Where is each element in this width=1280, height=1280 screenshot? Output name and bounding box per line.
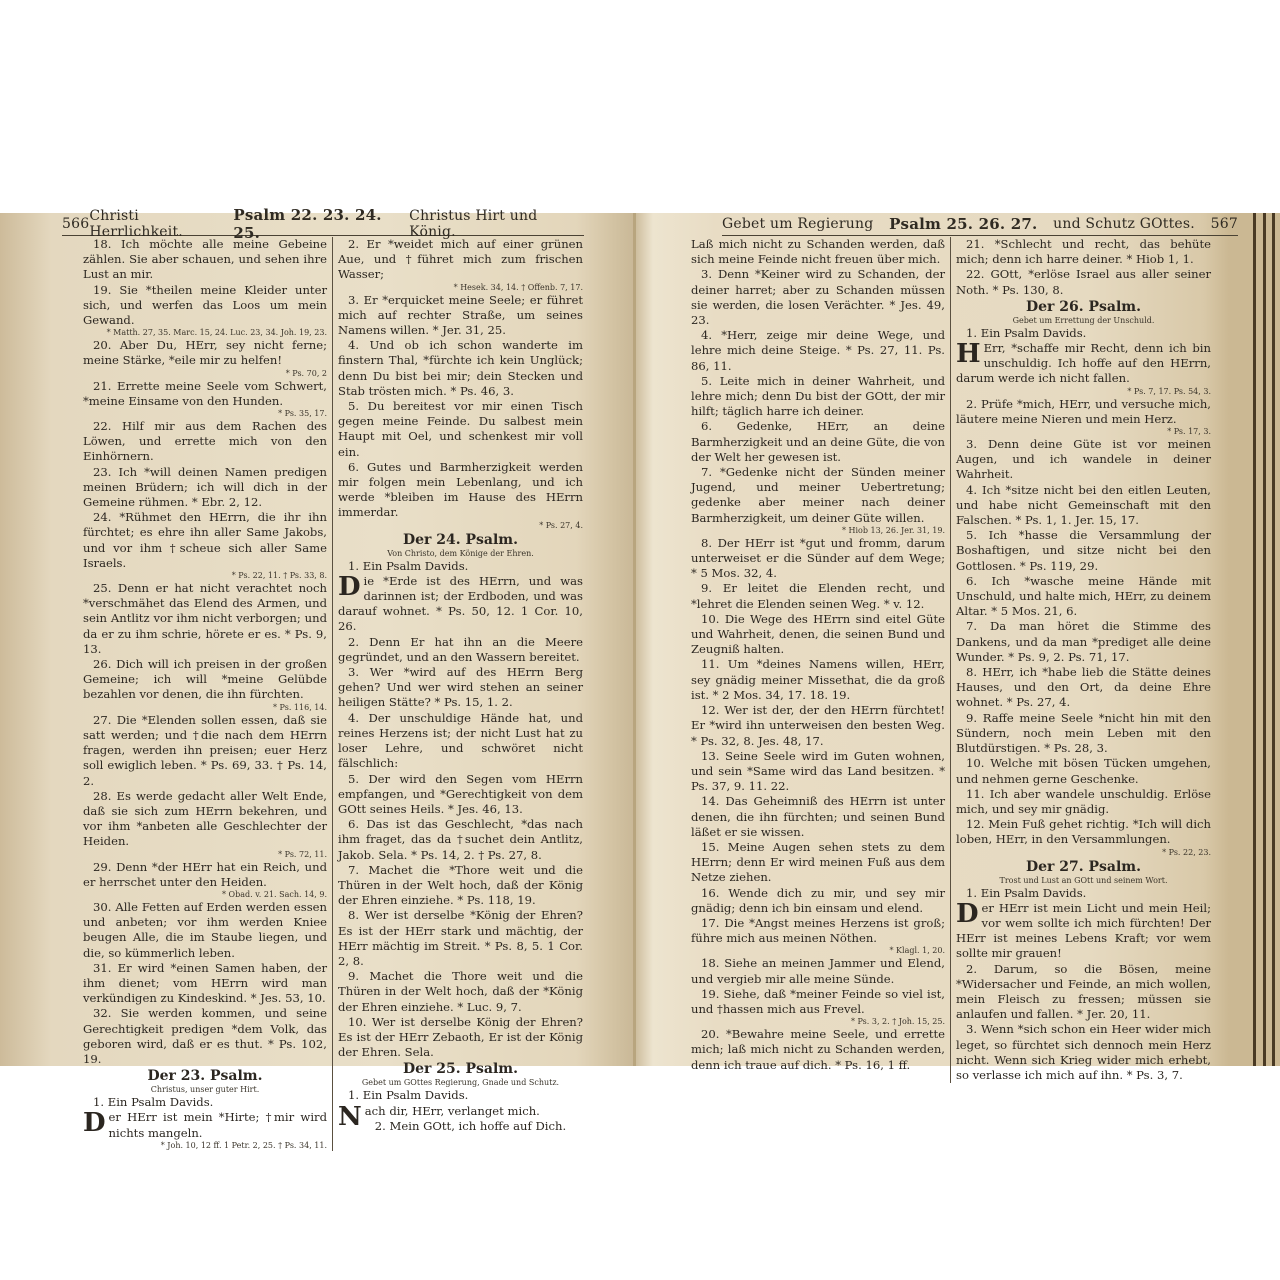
cross-reference: * Ps. 27, 4. [338, 521, 583, 531]
cross-reference: * Ps. 70, 2 [83, 369, 327, 379]
left-column-1: 18. Ich möchte alle meine Gebeine zählen… [78, 237, 333, 1151]
verse: 9. Machet die Thore weit und die Thüren … [338, 969, 583, 1015]
verse-text: ach dir, HErr, verlanget mich. [365, 1104, 540, 1118]
verse: 7. Machet die *Thore weit und die Thüren… [338, 863, 583, 909]
verse: 14. Das Geheimniß des HErrn ist unter de… [691, 794, 945, 840]
verse: 12. Mein Fuß gehet richtig. *Ich will di… [956, 817, 1211, 847]
verse-with-initial: Der HErr ist mein *Hirte; †mir wird nich… [83, 1110, 327, 1140]
left-column-2: 2. Er *weidet mich auf einer grünen Aue,… [333, 237, 588, 1151]
drop-cap: D [956, 902, 979, 926]
psalm-title: Der 23. Psalm. [83, 1068, 327, 1085]
verse: 24. *Rühmet den HErrn, die ihr ihn fürch… [83, 510, 327, 571]
verse: 1. Ein Psalm Davids. [338, 1088, 583, 1103]
right-column-1: Laß mich nicht zu Schanden werden, daß s… [686, 237, 951, 1083]
verse: 2. Denn Er hat ihn an die Meere gegründe… [338, 635, 583, 665]
cross-reference: * Ps. 22, 11. † Ps. 33, 8. [83, 571, 327, 581]
header-right-text: Christus Hirt und König. [409, 208, 584, 240]
verse: 27. Die *Elenden sollen essen, daß sie s… [83, 713, 327, 789]
verse: 25. Denn er hat nicht verachtet noch *ve… [83, 581, 327, 657]
psalm-title: Der 26. Psalm. [956, 299, 1211, 316]
book-spine [633, 213, 636, 1066]
verse: 11. Ich aber wandele unschuldig. Erlöse … [956, 787, 1211, 817]
header-left-text: Gebet um Regierung [722, 216, 873, 232]
verse: 21. *Schlecht und recht, das behüte mich… [956, 237, 1211, 267]
verse: 6. Gedenke, HErr, an deine Barmherzigkei… [691, 419, 945, 465]
verse: 5. Ich *hasse die Versammlung der Boshaf… [956, 528, 1211, 574]
verse: 5. Der wird den Segen vom HErrn empfange… [338, 772, 583, 818]
cross-reference: * Klagl. 1, 20. [691, 946, 945, 956]
psalm-title: Der 27. Psalm. [956, 859, 1211, 876]
verse-with-initial: Der HErr ist mein Licht und mein Heil; v… [956, 901, 1211, 962]
verse: 4. Und ob ich schon wanderte im finstern… [338, 338, 583, 399]
cross-reference: * Ps. 17, 3. [956, 427, 1211, 437]
verse: 32. Sie werden kommen, und seine Gerecht… [83, 1006, 327, 1067]
verse: 1. Ein Psalm Davids. [956, 886, 1211, 901]
open-book: 566 Christi Herrlichkeit. Psalm 22. 23. … [0, 213, 1280, 1066]
verse: 3. Er *erquicket meine Seele; er führet … [338, 293, 583, 339]
verse: 16. Wende dich zu mir, und sey mir gnädi… [691, 886, 945, 916]
drop-cap: D [83, 1111, 106, 1135]
verse: 2. Prüfe *mich, HErr, und versuche mich,… [956, 397, 1211, 427]
verse: 19. Siehe, daß *meiner Feinde so viel is… [691, 987, 945, 1017]
verse-text: Err, *schaffe mir Recht, denn ich bin un… [956, 341, 1211, 385]
verse-text: er HErr ist mein Licht und mein Heil; vo… [956, 901, 1211, 961]
verse: 20. Aber Du, HErr, sey nicht ferne; mein… [83, 338, 327, 368]
verse-with-initial: Die *Erde ist des HErrn, und was darinne… [338, 574, 583, 635]
verse: 22. GOtt, *erlöse Israel aus aller seine… [956, 267, 1211, 297]
header-right-text: und Schutz GOttes. [1053, 216, 1195, 232]
verse: 20. *Bewahre meine Seele, und errette mi… [691, 1027, 945, 1073]
psalm-subtitle: Von Christo, dem Könige der Ehren. [338, 549, 583, 559]
verse: 4. *Herr, zeige mir deine Wege, und lehr… [691, 328, 945, 374]
cross-reference: * Ps. 116, 14. [83, 703, 327, 713]
verse: 9. Er leitet die Elenden recht, und *leh… [691, 581, 945, 611]
verse-text: er HErr ist mein *Hirte; †mir wird nicht… [109, 1110, 327, 1139]
psalm-title: Der 25. Psalm. [338, 1061, 583, 1078]
verse: 23. Ich *will deinen Namen predigen mein… [83, 465, 327, 511]
left-page-columns: 18. Ich möchte alle meine Gebeine zählen… [78, 237, 588, 1151]
cross-reference: * Hiob 13, 26. Jer. 31, 19. [691, 526, 945, 536]
cross-reference: * Matth. 27, 35. Marc. 15, 24. Luc. 23, … [83, 328, 327, 338]
verse: 4. Der unschuldige Hände hat, und reines… [338, 711, 583, 772]
verse: 1. Ein Psalm Davids. [83, 1095, 327, 1110]
right-page-header: Gebet um Regierung Psalm 25. 26. 27. und… [722, 215, 1238, 236]
verse: 8. Der HErr ist *gut und fromm, darum un… [691, 536, 945, 582]
cross-reference: * Ps. 3, 2. † Joh. 15, 25. [691, 1017, 945, 1027]
verse: Laß mich nicht zu Schanden werden, daß s… [691, 237, 945, 267]
verse: 30. Alle Fetten auf Erden werden essen u… [83, 900, 327, 961]
verse: 6. Gutes und Barmherzigkeit werden mir f… [338, 460, 583, 521]
header-center-text: Psalm 25. 26. 27. [889, 215, 1037, 233]
verse: 10. Welche mit bösen Tücken umgehen, und… [956, 756, 1211, 786]
psalm-subtitle: Christus, unser guter Hirt. [83, 1085, 327, 1095]
verse: 11. Um *deines Namens willen, HErr, sey … [691, 657, 945, 703]
drop-cap: N [338, 1105, 362, 1129]
cross-reference: * Obad. v. 21. Sach. 14, 9. [83, 890, 327, 900]
drop-cap: D [338, 575, 361, 599]
verse: 7. Da man höret die Stimme des Dankens, … [956, 619, 1211, 665]
verse: 13. Seine Seele wird im Guten wohnen, un… [691, 749, 945, 795]
psalm-title: Der 24. Psalm. [338, 532, 583, 549]
left-page-header: 566 Christi Herrlichkeit. Psalm 22. 23. … [62, 215, 584, 236]
verse: 9. Raffe meine Seele *nicht hin mit den … [956, 711, 1211, 757]
cross-reference: * Ps. 22, 23. [956, 848, 1211, 858]
cross-reference: * Joh. 10, 12 ff. 1 Petr. 2, 25. † Ps. 3… [83, 1141, 327, 1151]
verse: 17. Die *Angst meines Herzens ist groß; … [691, 916, 945, 946]
header-left-text: Christi Herrlichkeit. [89, 208, 233, 240]
verse-with-initial: HErr, *schaffe mir Recht, denn ich bin u… [956, 341, 1211, 387]
cross-reference: * Ps. 7, 17. Ps. 54, 3. [956, 387, 1211, 397]
cross-reference: * Ps. 35, 17. [83, 409, 327, 419]
verse: 26. Dich will ich preisen in der großen … [83, 657, 327, 703]
verse: 5. Du bereitest vor mir einen Tisch gege… [338, 399, 583, 460]
verse: 31. Er wird *einen Samen haben, der ihm … [83, 961, 327, 1007]
verse: 10. Wer ist derselbe König der Ehren? Es… [338, 1015, 583, 1061]
verse: 3. Denn deine Güte ist vor meinen Augen,… [956, 437, 1211, 483]
psalm-subtitle: Trost und Lust an GOtt und seinem Wort. [956, 876, 1211, 886]
verse: 18. Ich möchte alle meine Gebeine zählen… [83, 237, 327, 283]
cross-reference: * Hesek. 34, 14. † Offenb. 7, 17. [338, 283, 583, 293]
verse: 22. Hilf mir aus dem Rachen des Löwen, u… [83, 419, 327, 465]
right-column-2: 21. *Schlecht und recht, das behüte mich… [951, 237, 1216, 1083]
verse: 10. Die Wege des HErrn sind eitel Güte u… [691, 612, 945, 658]
verse: 1. Ein Psalm Davids. [956, 326, 1211, 341]
verse: 1. Ein Psalm Davids. [338, 559, 583, 574]
verse: 15. Meine Augen sehen stets zu dem HErrn… [691, 840, 945, 886]
verse: 12. Wer ist der, der den HErrn fürchtet!… [691, 703, 945, 749]
verse: 2. Mein GOtt, ich hoffe auf Dich. [338, 1119, 583, 1134]
verse: 2. Er *weidet mich auf einer grünen Aue,… [338, 237, 583, 283]
verse: 3. Denn *Keiner wird zu Schanden, der de… [691, 267, 945, 328]
verse: 28. Es werde gedacht aller Welt Ende, da… [83, 789, 327, 850]
verse: 18. Siehe an meinen Jammer und Elend, un… [691, 956, 945, 986]
verse: 6. Das ist das Geschlecht, *das nach ihm… [338, 817, 583, 863]
right-page-columns: Laß mich nicht zu Schanden werden, daß s… [686, 237, 1216, 1083]
verse: 5. Leite mich in deiner Wahrheit, und le… [691, 374, 945, 420]
verse: 2. Darum, so die Bösen, meine *Widersach… [956, 962, 1211, 1023]
verse: 8. HErr, ich *habe lieb die Stätte deine… [956, 665, 1211, 711]
page-number: 567 [1211, 216, 1238, 232]
drop-cap: H [956, 342, 981, 366]
verse: 3. Wenn *sich schon ein Heer wider mich … [956, 1022, 1211, 1083]
cross-reference: * Ps. 72, 11. [83, 850, 327, 860]
psalm-subtitle: Gebet um GOttes Regierung, Gnade und Sch… [338, 1078, 583, 1088]
verse: 7. *Gedenke nicht der Sünden meiner Juge… [691, 465, 945, 526]
verse: 4. Ich *sitze nicht bei den eitlen Leute… [956, 483, 1211, 529]
psalm-subtitle: Gebet um Errettung der Unschuld. [956, 316, 1211, 326]
verse: 21. Errette meine Seele vom Schwert, *me… [83, 379, 327, 409]
verse: 6. Ich *wasche meine Hände mit Unschuld,… [956, 574, 1211, 620]
page-edges [1250, 213, 1280, 1066]
verse: 8. Wer ist derselbe *König der Ehren? Es… [338, 908, 583, 969]
page-number: 566 [62, 216, 89, 232]
verse-text: ie *Erde ist des HErrn, und was darinnen… [338, 574, 583, 634]
verse: 29. Denn *der HErr hat ein Reich, und er… [83, 860, 327, 890]
verse: 19. Sie *theilen meine Kleider unter sic… [83, 283, 327, 329]
verse: 3. Wer *wird auf des HErrn Berg gehen? U… [338, 665, 583, 711]
verse-with-initial: Nach dir, HErr, verlanget mich. [338, 1104, 583, 1119]
left-page: 566 Christi Herrlichkeit. Psalm 22. 23. … [0, 213, 640, 1066]
right-page: Gebet um Regierung Psalm 25. 26. 27. und… [640, 213, 1280, 1066]
